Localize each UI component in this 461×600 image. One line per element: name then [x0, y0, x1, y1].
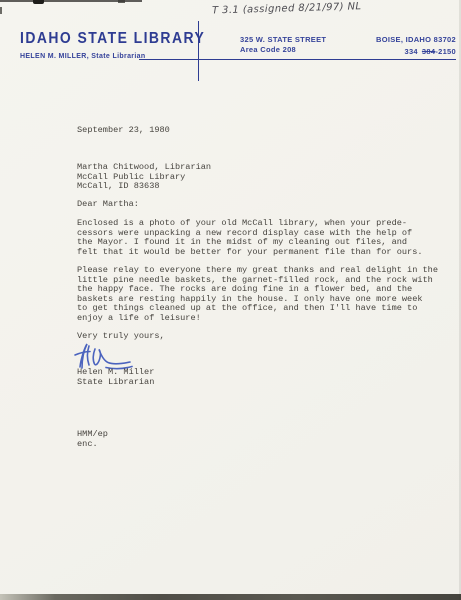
letterhead-librarian-line: HELEN M. MILLER, State Librarian — [20, 53, 146, 60]
letterhead-street-address: 325 W. STATE STREET Area Code 208 — [240, 35, 326, 54]
phone-prefix: 334 — [404, 47, 417, 56]
letterhead-horizontal-rule — [139, 59, 456, 60]
letter-date: September 23, 1980 — [77, 126, 170, 136]
scan-edge-mark — [118, 0, 125, 3]
body-paragraph-2: Please relay to everyone there my great … — [77, 266, 457, 324]
letterhead-vertical-rule — [198, 21, 199, 81]
salutation: Dear Martha: — [77, 200, 139, 210]
body-paragraph-1: Enclosed is a photo of your old McCall l… — [77, 219, 437, 257]
phone-struck-digits: 384 — [422, 47, 435, 56]
letterhead-org-name: IDAHO STATE LIBRARY — [20, 30, 205, 48]
scan-edge-bottom — [0, 594, 461, 600]
scan-edge-notch — [33, 0, 44, 4]
letterhead-phone-line: 334384-2150 — [330, 47, 456, 57]
letterhead-city-phone: BOISE, IDAHO 83702 334384-2150 — [330, 35, 456, 56]
enclosure-note: enc. — [77, 440, 98, 450]
sender-name: Helen M. Miller — [77, 367, 154, 377]
scan-edge-left-mark — [0, 7, 2, 14]
signature-block: Helen M. Miller State Librarian — [77, 368, 154, 387]
recipient-address-block: Martha Chitwood, Librarian McCall Public… — [77, 163, 211, 192]
letterhead-city-line: BOISE, IDAHO 83702 — [330, 35, 456, 45]
phone-suffix: -2150 — [435, 47, 456, 56]
sender-title: State Librarian — [77, 377, 154, 387]
